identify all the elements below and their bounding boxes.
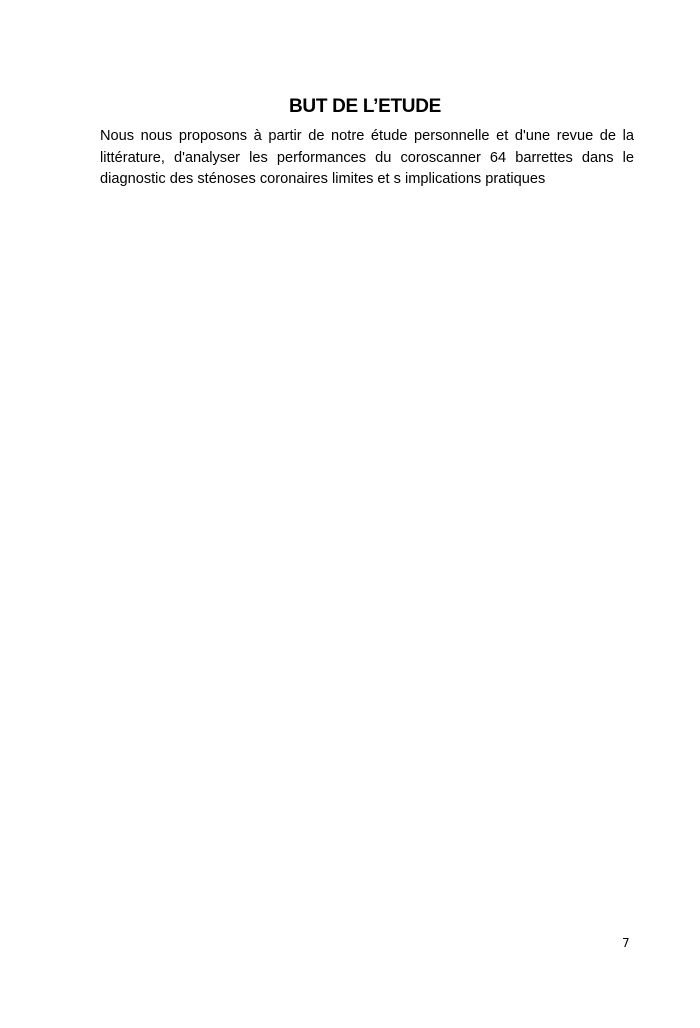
body-paragraph: Nous nous proposons à partir de notre ét… <box>100 126 634 191</box>
document-page: BUT DE L’ETUDE Nous nous proposons à par… <box>0 0 700 1028</box>
section-title: BUT DE L’ETUDE <box>0 96 700 118</box>
page-number: 7 <box>622 936 630 950</box>
